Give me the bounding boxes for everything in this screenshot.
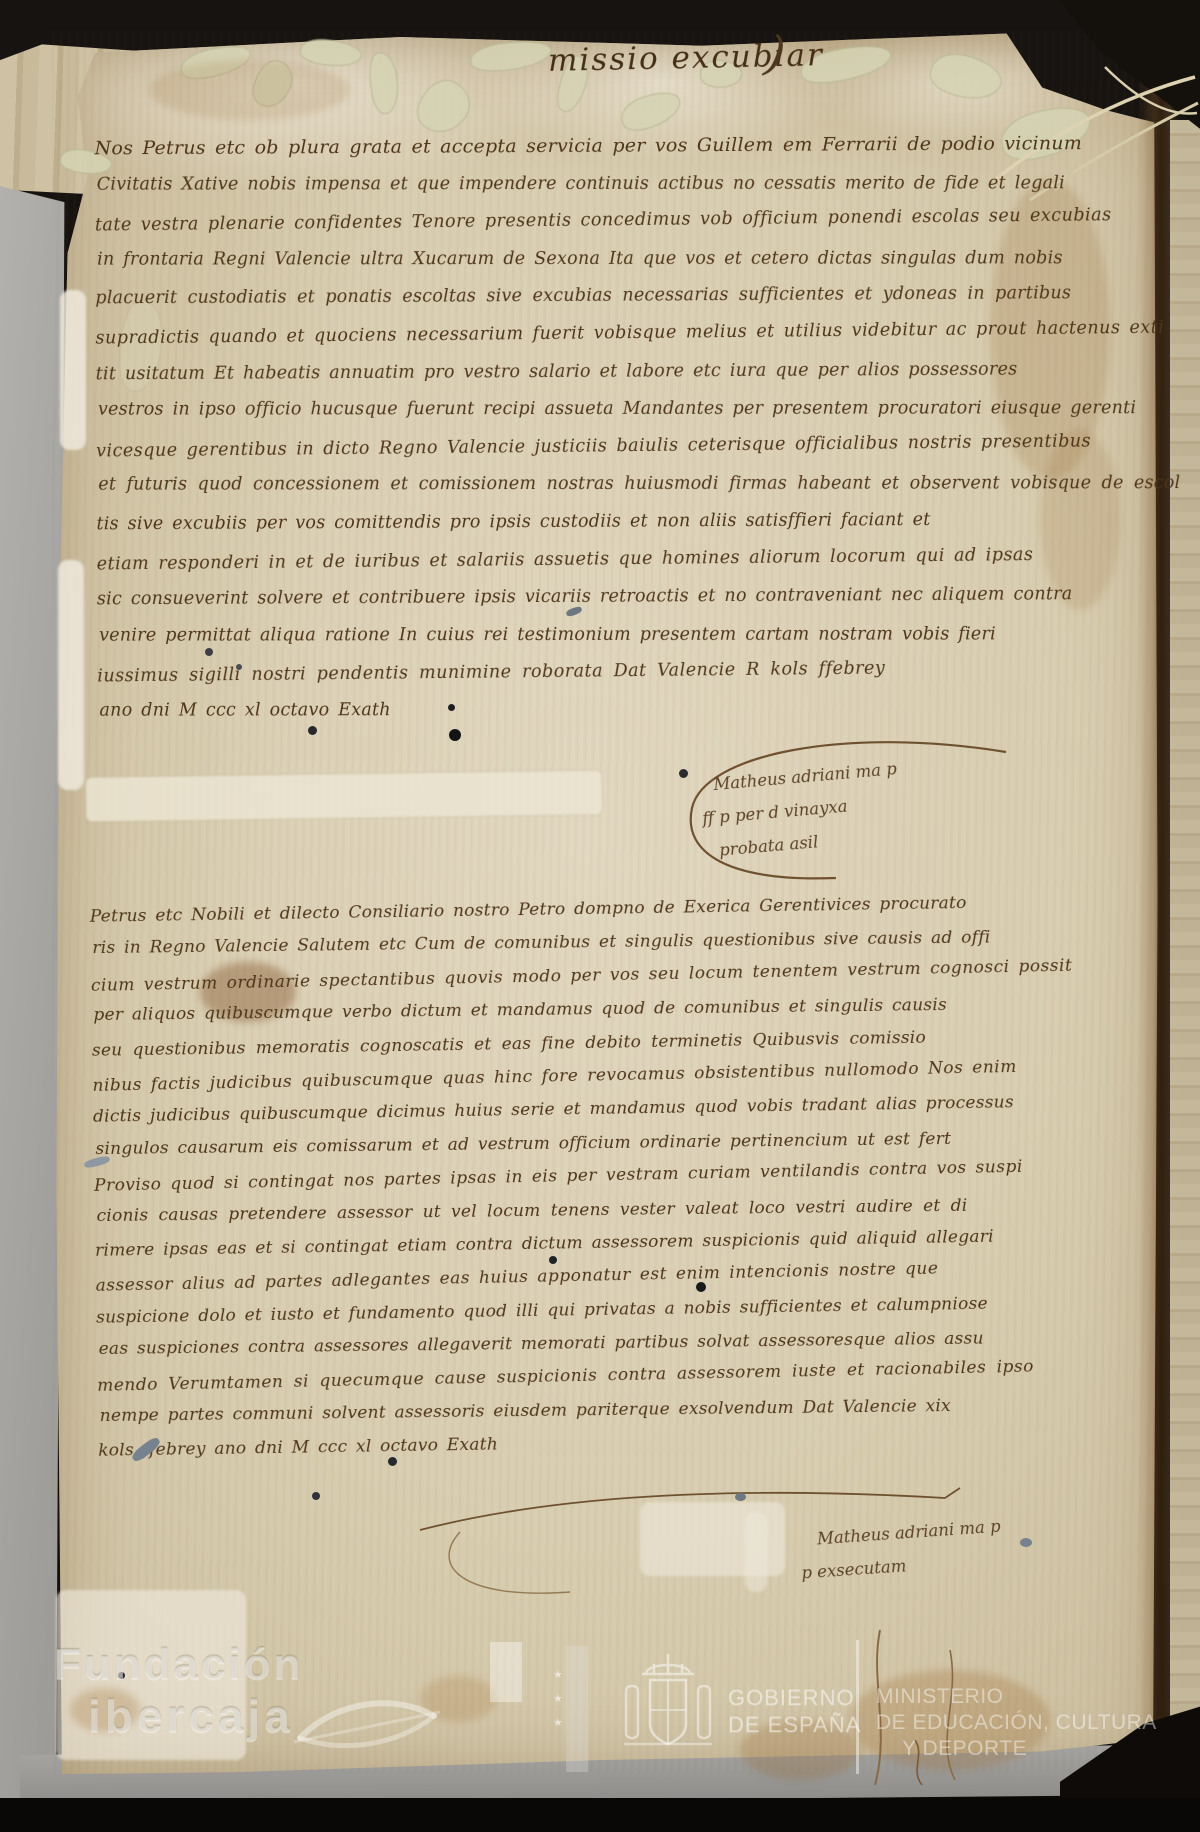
ink-spot: [308, 726, 317, 735]
ink-spot: [205, 648, 213, 656]
manuscript-paragraph-2: Petrus etc Nobili et dilecto Consiliario…: [90, 887, 963, 1468]
ink-spot: [449, 729, 461, 741]
ink-spot: [388, 1457, 397, 1466]
fore-edge-pages: [1170, 120, 1200, 1770]
manuscript-line: et futuris quod concessionem et comissio…: [98, 466, 980, 505]
repair-tape-band: [86, 770, 603, 821]
chancery-note-1: Matheus adriani ma p ff p per d vinayxa …: [712, 752, 904, 867]
ink-spot: [236, 664, 242, 670]
manuscript-line: sic consueverint solvere et contribuere …: [97, 577, 979, 619]
chancery-note-2: Matheus adriani ma p p exsecutam: [816, 1510, 1004, 1589]
manuscript-line: in frontaria Regni Valencie ultra Xucaru…: [97, 240, 979, 279]
ink-spot: [549, 1256, 557, 1264]
manuscript-line: Nos Petrus etc ob plura grata et accepta…: [94, 126, 976, 168]
ink-spot: [696, 1282, 706, 1292]
ink-spot: [679, 769, 688, 778]
ink-spot: [448, 704, 455, 711]
ink-spot: [118, 1672, 125, 1679]
manuscript-line: vicesque gerentibus in dicto Regno Valen…: [96, 424, 978, 471]
manuscript-line: ano dni M ccc xl octavo Exath: [99, 691, 981, 730]
manuscript-line: tis sive excubiis per vos comittendis pr…: [96, 502, 978, 544]
manuscript-line: tit usitatum Et habeatis annuatim pro ve…: [96, 351, 978, 393]
manuscript-line: Civitatis Xative nobis impensa et que im…: [97, 165, 979, 204]
manuscript-line: iussimus sigilli nostri pendentis munimi…: [97, 650, 979, 697]
background-bottom: [0, 1798, 1200, 1832]
manuscript-line: vestros in ipso officio hucusque fuerunt…: [98, 391, 980, 430]
manuscript-photo: missio excubiar ) Nos Petrus etc ob plur…: [0, 0, 1200, 1832]
ink-spot: [1020, 1538, 1032, 1547]
manuscript-line: tate vestra plenarie confidentes Tenore …: [95, 199, 977, 246]
ink-spot: [735, 1493, 746, 1501]
manuscript-line: venire permittat aliqua ratione In cuius…: [99, 616, 981, 655]
manuscript-paragraph-1: Nos Petrus etc ob plura grata et accepta…: [94, 126, 979, 732]
ink-spot: [312, 1492, 320, 1500]
